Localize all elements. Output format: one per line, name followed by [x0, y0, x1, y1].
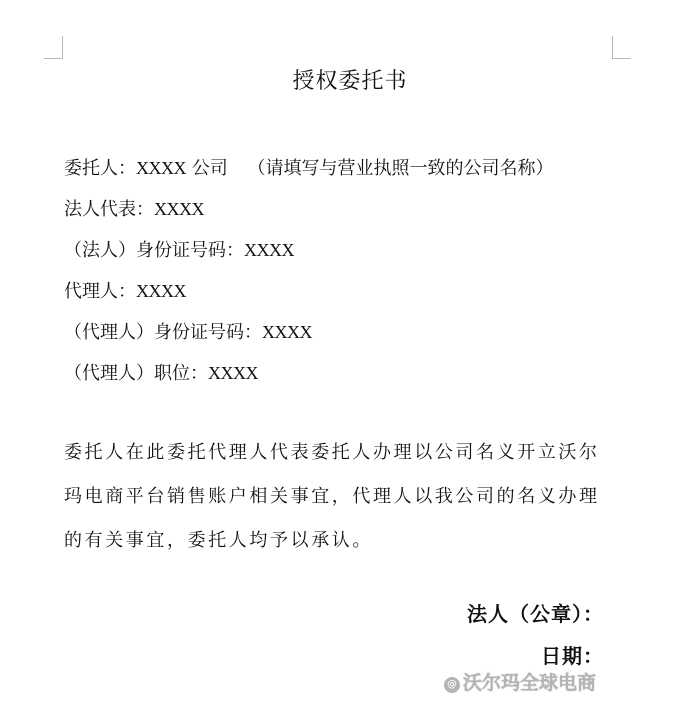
field-label: 代理人： [64, 281, 136, 302]
field-label: （代理人）职位： [64, 363, 208, 384]
watermark-text: 沃尔玛全球电商 [463, 672, 596, 694]
fields-block: 委托人：XXXX 公司 （请填写与营业执照一致的公司名称） 法人代表：XXXX … [64, 148, 553, 394]
field-agent: 代理人：XXXX [64, 271, 553, 312]
field-value: XXXX [154, 199, 204, 219]
field-value: XXXX [244, 240, 294, 260]
field-suffix: 公司 [192, 158, 228, 179]
field-value: XXXX [262, 322, 312, 342]
field-legal-representative: 法人代表：XXXX [64, 189, 553, 230]
field-label: 法人代表： [64, 199, 154, 220]
field-value: XXXX [136, 158, 186, 178]
authorization-paragraph: 委托人在此委托代理人代表委托人办理以公司名义开立沃尔玛电商平台销售账户相关事宜，… [64, 431, 620, 563]
watermark: @沃尔玛全球电商 [444, 668, 596, 695]
field-label: （法人）身份证号码： [64, 240, 244, 261]
field-value: XXXX [136, 281, 186, 301]
signature-date-label: 日期： [541, 640, 604, 669]
at-icon: @ [444, 677, 460, 693]
field-agent-position: （代理人）职位：XXXX [64, 353, 553, 394]
document-title: 授权委托书 [0, 64, 700, 95]
page-corner-mark-top-right [612, 36, 631, 59]
field-label: 委托人： [64, 158, 136, 179]
page-corner-mark-top-left [44, 36, 63, 59]
field-principal: 委托人：XXXX 公司 （请填写与营业执照一致的公司名称） [64, 148, 553, 189]
field-note: （请填写与营业执照一致的公司名称） [247, 158, 553, 179]
field-value: XXXX [208, 363, 258, 383]
field-agent-id-number: （代理人）身份证号码：XXXX [64, 312, 553, 353]
signature-seal-label: 法人（公章）： [467, 598, 604, 627]
field-legal-id-number: （法人）身份证号码：XXXX [64, 230, 553, 271]
field-label: （代理人）身份证号码： [64, 322, 262, 343]
